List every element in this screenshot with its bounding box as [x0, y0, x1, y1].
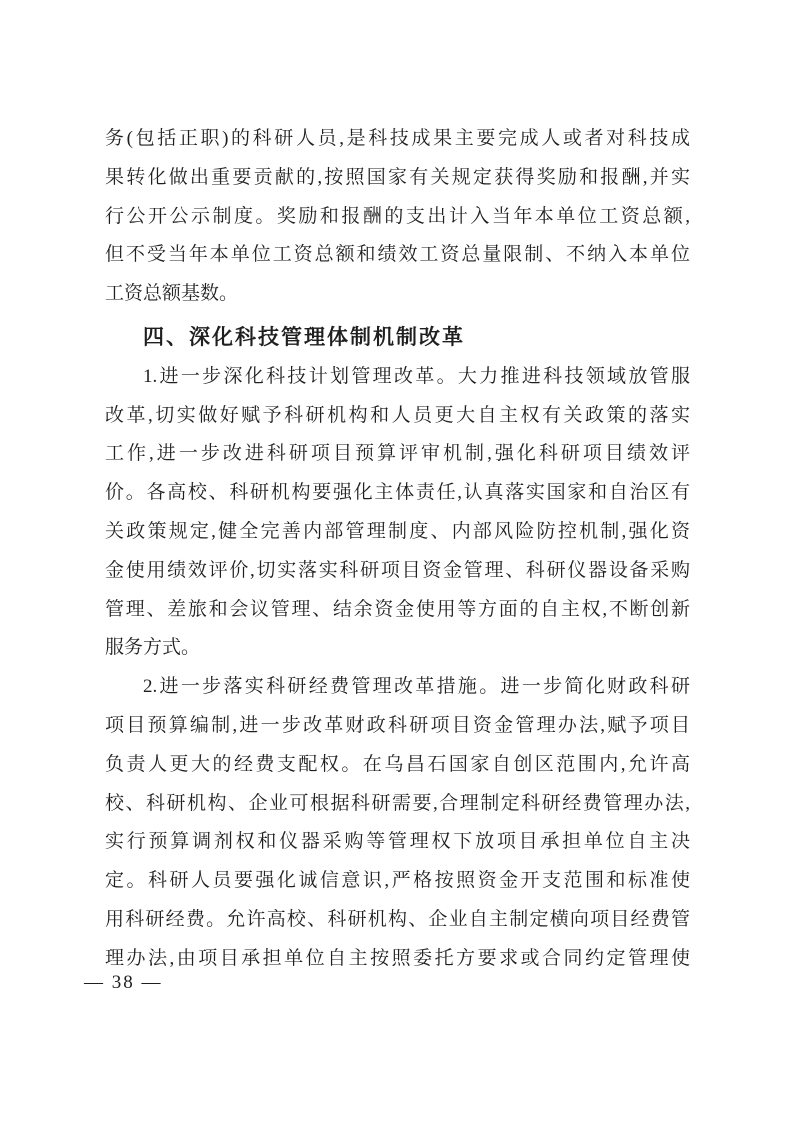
text-line: 负责人更大的经费支配权。在乌昌石国家自创区范围内,允许高 — [105, 746, 690, 785]
text-line: 服务方式。 — [105, 629, 690, 668]
text-line: 果转化做出重要贡献的,按照国家有关规定获得奖励和报酬,并实 — [105, 159, 690, 198]
text-line: 实行预算调剂权和仪器采购等管理权下放项目承担单位自主决 — [105, 823, 690, 862]
text-line: 项目预算编制,进一步改革财政科研项目资金管理办法,赋予项目 — [105, 707, 690, 746]
text-line: 工作,进一步改进科研项目预算评审机制,强化科研项目绩效评 — [105, 435, 690, 474]
text-line: 理办法,由项目承担单位自主按照委托方要求或合同约定管理使 — [105, 940, 690, 979]
text-line: 改革,切实做好赋予科研机构和人员更大自主权有关政策的落实 — [105, 397, 690, 436]
text-line: 2.进一步落实科研经费管理改革措施。进一步简化财政科研 — [105, 668, 690, 707]
document-body: 务(包括正职)的科研人员,是科技成果主要完成人或者对科技成 果转化做出重要贡献的… — [105, 120, 690, 979]
text-line: 校、科研机构、企业可根据科研需要,合理制定科研经费管理办法, — [105, 785, 690, 824]
section-heading: 四、深化科技管理体制机制改革 — [105, 319, 690, 358]
text-line: 关政策规定,健全完善内部管理制度、内部风险防控机制,强化资 — [105, 513, 690, 552]
text-line: 价。各高校、科研机构要强化主体责任,认真落实国家和自治区有 — [105, 474, 690, 513]
paragraph-1: 1.进一步深化科技计划管理改革。大力推进科技领域放管服 改革,切实做好赋予科研机… — [105, 358, 690, 668]
text-line: 务(包括正职)的科研人员,是科技成果主要完成人或者对科技成 — [105, 120, 690, 159]
text-line: 但不受当年本单位工资总额和绩效工资总量限制、不纳入本单位 — [105, 236, 690, 275]
text-line: 金使用绩效评价,切实落实科研项目资金管理、科研仪器设备采购 — [105, 552, 690, 591]
document-page: 务(包括正职)的科研人员,是科技成果主要完成人或者对科技成 果转化做出重要贡献的… — [0, 0, 793, 1122]
text-line: 管理、差旅和会议管理、结余资金使用等方面的自主权,不断创新 — [105, 591, 690, 630]
paragraph-continuation: 务(包括正职)的科研人员,是科技成果主要完成人或者对科技成 果转化做出重要贡献的… — [105, 120, 690, 314]
text-line: 用科研经费。允许高校、科研机构、企业自主制定横向项目经费管 — [105, 901, 690, 940]
text-line: 工资总额基数。 — [105, 275, 690, 314]
text-line: 1.进一步深化科技计划管理改革。大力推进科技领域放管服 — [105, 358, 690, 397]
text-line: 行公开公示制度。奖励和报酬的支出计入当年本单位工资总额, — [105, 198, 690, 237]
paragraph-2: 2.进一步落实科研经费管理改革措施。进一步简化财政科研 项目预算编制,进一步改革… — [105, 668, 690, 978]
page-number: — 38 — — [84, 972, 163, 994]
text-line: 定。科研人员要强化诚信意识,严格按照资金开支范围和标准使 — [105, 862, 690, 901]
